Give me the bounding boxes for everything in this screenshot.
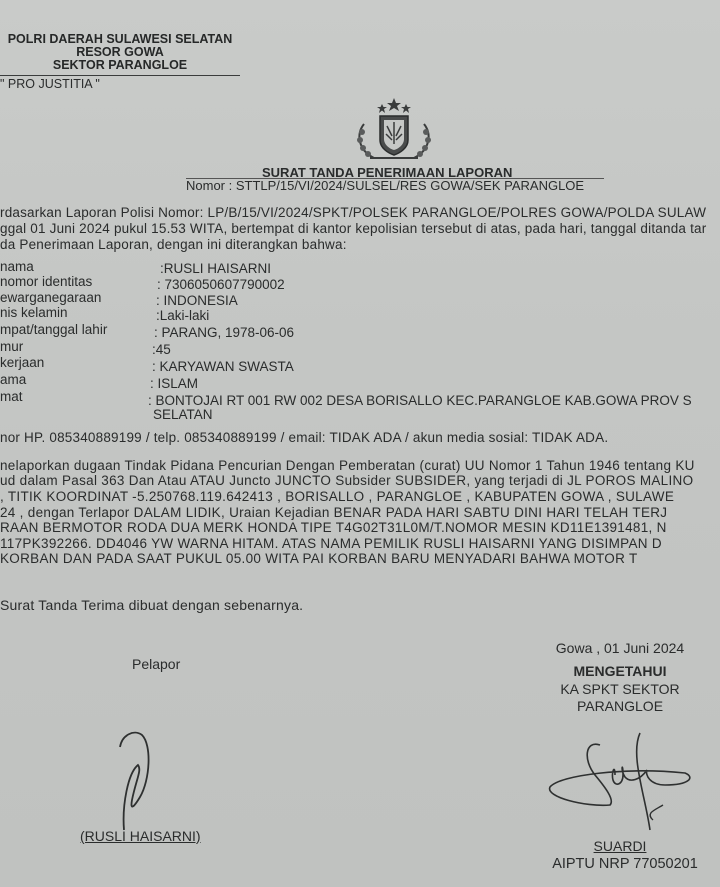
field-value-alamat-cont: SELATAN — [153, 407, 213, 422]
mengetahui-label: MENGETAHUI — [520, 663, 720, 679]
header-line-3: SEKTOR PARANGLOE — [0, 58, 240, 73]
pelapor-name: (RUSLI HAISARNI) — [80, 828, 201, 844]
field-label-tempat-tanggal-lahir: mpat/tanggal lahir — [0, 322, 107, 337]
pelapor-signature-icon — [100, 725, 170, 835]
field-value-alamat: : BONTOJAI RT 001 RW 002 DESA BORISALLO … — [148, 393, 692, 408]
field-value-agama: : ISLAM — [150, 376, 198, 391]
pelapor-label: Pelapor — [132, 656, 180, 672]
pro-justitia: " PRO JUSTITIA " — [0, 77, 100, 91]
report-line: RAAN BERMOTOR RODA DUA MERK HONDA TIPE T… — [0, 520, 667, 536]
closing-statement: Surat Tanda Terima dibuat dengan sebenar… — [0, 598, 303, 614]
document-number: Nomor : STTLP/15/VI/2024/SULSEL/RES GOWA… — [186, 178, 584, 193]
field-value-pekerjaan: : KARYAWAN SWASTA — [152, 359, 294, 374]
contact-line: nor HP. 085340889199 / telp. 08534088919… — [0, 430, 608, 446]
field-label-pekerjaan: kerjaan — [0, 355, 44, 370]
field-label-nama: nama — [0, 259, 34, 274]
header-divider — [0, 75, 240, 76]
officer-signature-icon — [545, 725, 720, 835]
report-line: KORBAN DAN PADA SAAT PUKUL 05.00 WITA PA… — [0, 551, 638, 567]
report-line: , TITIK KOORDINAT -5.250768.119.642413 ,… — [0, 489, 674, 505]
field-label-nomor-identitas: nomor identitas — [0, 274, 92, 289]
intro-line: rdasarkan Laporan Polisi Nomor: LP/B/15/… — [0, 205, 706, 221]
police-emblem-icon — [352, 96, 436, 164]
intro-line: da Penerimaan Laporan, dengan ini ditera… — [0, 237, 347, 253]
field-value-tempat-tanggal-lahir: : PARANG, 1978-06-06 — [154, 325, 294, 340]
officer-position-line1: KA SPKT SEKTOR — [520, 681, 720, 697]
place-date: Gowa , 01 Juni 2024 — [520, 640, 720, 656]
field-value-nomor-identitas: : 7306050607790002 — [157, 277, 285, 292]
report-line: ud dalam Pasal 363 Dan Atau ATAU Juncto … — [0, 473, 693, 489]
field-label-kewarganegaraan: ewarganegaraan — [0, 290, 101, 305]
field-label-umur: mur — [0, 339, 23, 354]
officer-rank-nrp: AIPTU NRP 77050201 — [525, 856, 720, 872]
intro-line: ggal 01 Juni 2024 pukul 15.53 WITA, bert… — [0, 221, 706, 237]
field-value-umur: :45 — [152, 342, 171, 357]
officer-position-line2: PARANGLOE — [520, 698, 720, 714]
field-label-jenis-kelamin: nis kelamin — [0, 305, 68, 320]
field-value-jenis-kelamin: :Laki-laki — [156, 308, 209, 323]
report-line: 24 , dengan Terlapor DALAM LIDIK, Uraian… — [0, 505, 667, 521]
officer-name: SUARDI — [520, 838, 720, 854]
field-label-agama: ama — [0, 372, 26, 387]
field-label-alamat: mat — [0, 389, 23, 404]
report-line: 117PK392266. DD4046 YW WARNA HITAM. ATAS… — [0, 536, 662, 552]
field-value-nama: :RUSLI HAISARNI — [160, 261, 271, 276]
report-line: nelaporkan dugaan Tindak Pidana Pencuria… — [0, 458, 695, 474]
field-value-kewarganegaraan: : INDONESIA — [156, 293, 238, 308]
